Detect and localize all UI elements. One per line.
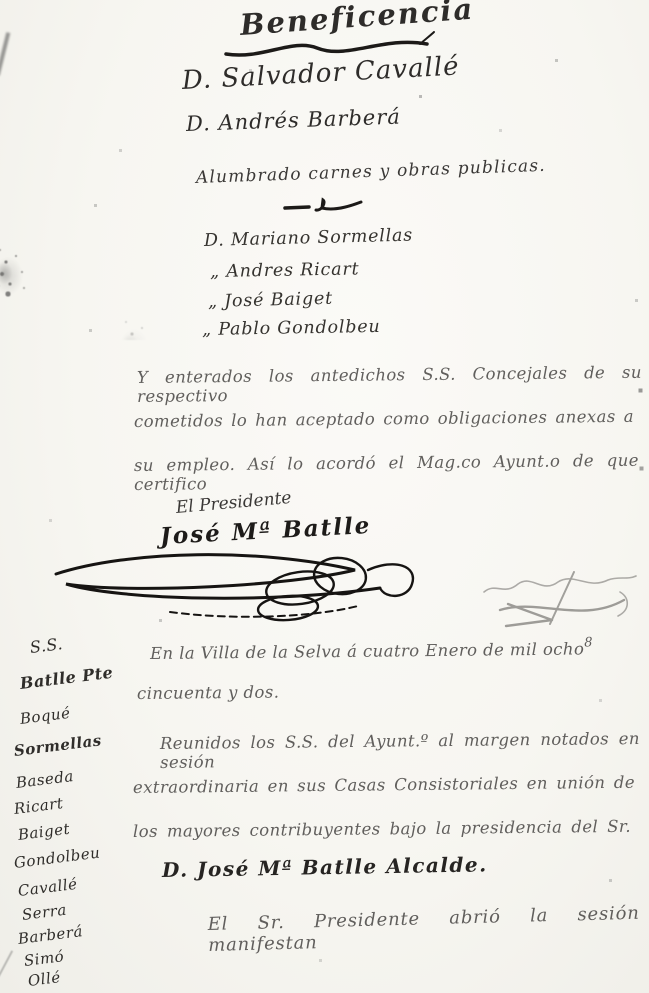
margin-attendee-2: Boqué: [19, 704, 72, 728]
margin-attendee-10: Barberá: [17, 922, 84, 948]
session-body-line-4: D. José Mª Batlle Alcalde.: [162, 852, 488, 882]
session-date-line-1: En la Villa de la Selva á cuatro Enero d…: [150, 635, 593, 663]
illegible-marginal-signature: [478, 568, 646, 630]
ink-smudge-small: [120, 300, 156, 340]
manuscript-page: Beneficencia D. Salvador Cavallé D. Andr…: [0, 0, 649, 993]
heading-underline-flourish: [282, 196, 364, 216]
signature-rubric-flourish: [50, 540, 430, 628]
margin-attendee-8: Cavallé: [17, 875, 79, 900]
ink-streak-top-left: [0, 32, 10, 76]
margin-attendee-5: Ricart: [13, 794, 64, 818]
margin-attendee-1: Batlle Pte: [19, 663, 114, 693]
session-date-text: En la Villa de la Selva á cuatro Enero d…: [150, 639, 584, 663]
ink-streak-bottom-left: [0, 950, 13, 993]
margin-attendee-3: Sormellas: [13, 731, 103, 760]
margin-attendee-9: Serra: [21, 901, 68, 924]
session-date-superscript: 8: [584, 635, 593, 650]
commission-member-3: „ José Baiget: [208, 289, 333, 312]
margin-attendee-header: S.S.: [29, 634, 64, 657]
session-body-line-3: los mayores contribuyentes bajo la presi…: [133, 817, 631, 841]
margin-attendee-7: Gondolbeu: [13, 843, 101, 871]
margin-attendee-12: Ollé: [27, 968, 62, 990]
margin-attendee-11: Simó: [23, 947, 65, 970]
acceptance-line-3: su empleo. Así lo acordó el Mag.co Ayunt…: [134, 451, 639, 494]
commission-member-1: D. Mariano Sormellas: [204, 226, 414, 251]
commission-heading: Alumbrado carnes y obras publicas.: [196, 156, 547, 188]
session-date-line-2: cincuenta y dos.: [137, 683, 279, 703]
scan-specks: [0, 0, 1, 1]
commission-member-4: „ Pablo Gondolbeu: [202, 317, 381, 340]
margin-attendee-4: Baseda: [15, 767, 75, 792]
acceptance-line-2: cometidos lo han aceptado como obligacio…: [134, 407, 634, 431]
acceptance-line-1: Y enterados los antedichos S.S. Concejal…: [137, 363, 642, 406]
session-body-line-2: extraordinaria en sus Casas Consistorial…: [133, 773, 635, 797]
margin-attendee-6: Baiget: [17, 820, 71, 844]
commission-member-2: „ Andres Ricart: [210, 259, 360, 282]
session-body-line-1: Reunidos los S.S. del Ayunt.º al margen …: [160, 729, 640, 772]
official-name-2: D. Andrés Barberá: [186, 105, 402, 136]
session-opening-line: El Sr. Presidente abrió la sesión manife…: [207, 903, 640, 956]
ink-smudge-left-edge: [0, 228, 40, 320]
